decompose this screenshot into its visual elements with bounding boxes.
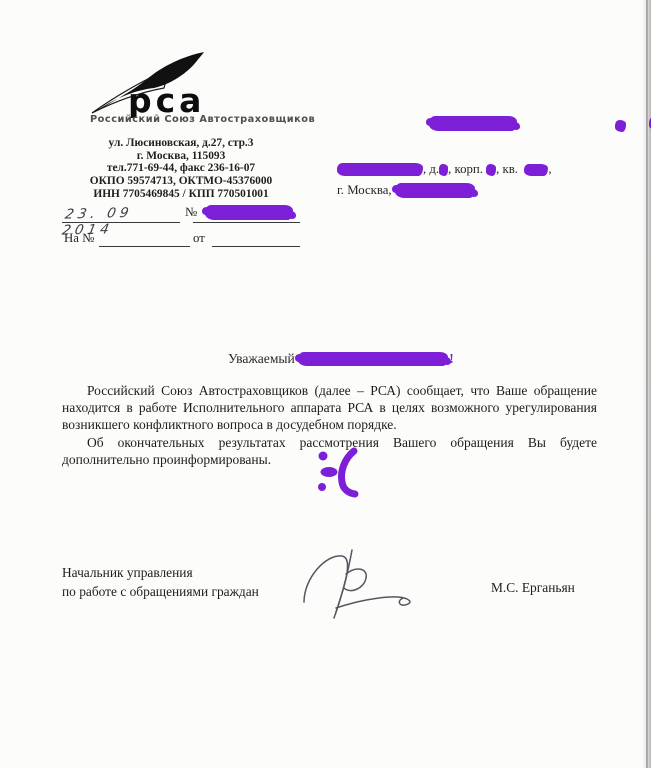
rsa-logo-icon: рса — [84, 46, 214, 118]
purple-pen-scribble — [314, 446, 366, 502]
address-line: г. Москва, 115093 — [70, 150, 292, 163]
redaction-mark-salutation-name — [298, 352, 448, 366]
scan-edge-line — [646, 0, 648, 768]
scanned-letter-page: рса Российский Союз Автостраховщиков ул.… — [0, 0, 651, 768]
reply-to-label: На № — [64, 231, 94, 246]
recipient-city-line: г. Москва, — [337, 183, 475, 198]
body-paragraph-1: Российский Союз Автостраховщиков (далее … — [62, 382, 597, 434]
redaction-mark-outgoing-number — [205, 205, 293, 220]
redaction-mark-street — [337, 163, 423, 176]
address-line: тел.771-69-44, факс 236-16-07 — [70, 162, 292, 175]
salutation-text: Уважаемый — [228, 351, 298, 367]
redaction-dot — [463, 127, 466, 130]
redaction-mark-recipient-name — [429, 116, 517, 131]
redaction-mark-building-number — [486, 164, 496, 176]
redaction-mark-apartment-number — [524, 164, 548, 176]
signer-title-line: Начальник управления — [62, 564, 259, 583]
logo-text: рса — [128, 81, 205, 118]
house-label: , д. — [423, 162, 439, 177]
number-underline — [193, 222, 300, 223]
org-name: Российский Союз Автостраховщиков — [90, 114, 280, 125]
city-label: г. Москва, — [337, 183, 395, 198]
letterhead-address: ул. Люсиновская, д.27, стр.3 г. Москва, … — [70, 137, 292, 201]
signer-title-line: по работе с обращениями граждан — [62, 583, 259, 602]
apartment-label: , кв. — [496, 162, 524, 177]
redaction-mark-house-number — [439, 164, 448, 176]
redaction-mark-postal-code — [395, 183, 475, 198]
reply-from-label: от — [193, 231, 205, 246]
redaction-dot — [444, 127, 447, 130]
salutation-line: Уважаемый ! — [228, 351, 454, 367]
address-tail-comma: , — [548, 162, 551, 177]
recipient-address-line: , д. , корп. , кв. , — [337, 162, 552, 177]
address-line: ОКПО 59574713, ОКТМО-45376000 — [70, 175, 292, 188]
date-underline — [62, 222, 180, 223]
address-line: ИНН 7705469845 / КПП 770501001 — [70, 188, 292, 201]
building-label: , корп. — [448, 162, 486, 177]
reply-date-underline — [212, 246, 300, 247]
reply-number-underline — [99, 246, 190, 247]
signer-name: М.С. Ерганьян — [491, 580, 575, 596]
redaction-mark-initial — [615, 120, 626, 132]
address-line: ул. Люсиновская, д.27, стр.3 — [70, 137, 292, 150]
number-label: № — [185, 205, 197, 220]
handwritten-signature — [292, 544, 432, 624]
signer-title: Начальник управления по работе с обращен… — [62, 564, 259, 601]
